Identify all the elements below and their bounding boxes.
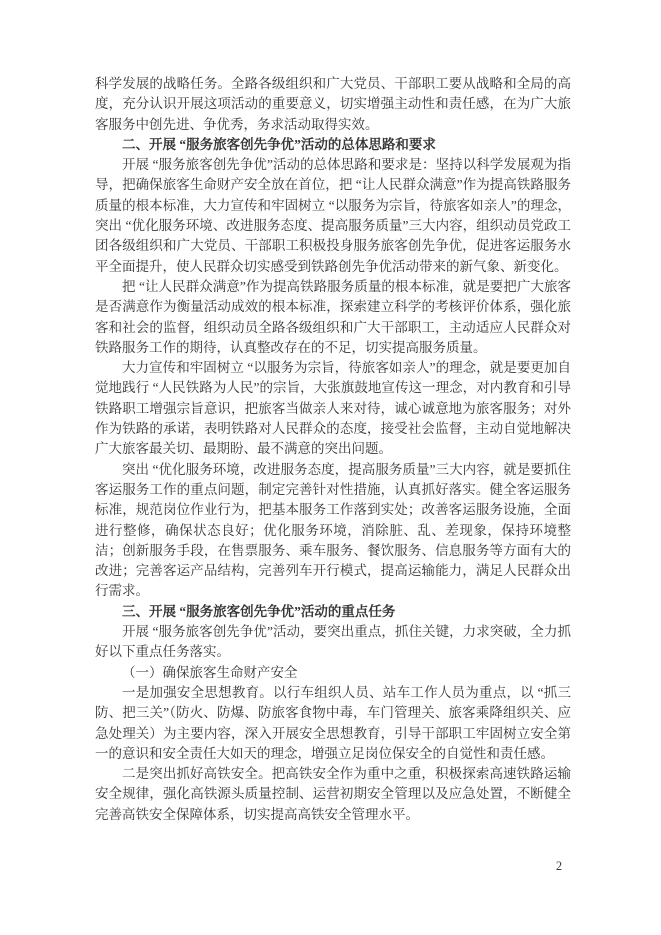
paragraph-continuation: 科学发展的战略任务。全路各级组织和广大党员、干部职工要从战略和全局的高度，充分认…	[95, 74, 571, 135]
paragraph: 把 “让人民群众满意”作为提高铁路服务质量的根本标准，就是要把广大旅客是否满意作…	[95, 277, 571, 358]
paragraph: 一是加强安全思想教育。以行车组织人员、站车工作人员为重点，以 “抓三防、把三关”…	[95, 683, 571, 764]
paragraph: 突出 “优化服务环境，改进服务态度，提高服务质量”三大内容，就是要抓住客运服务工…	[95, 460, 571, 602]
section-heading-3: 三、开展 “服务旅客创先争优”活动的重点任务	[95, 602, 571, 622]
paragraph: 大力宣传和牢固树立 “以服务为宗旨，待旅客如亲人”的理念，就是要更加自觉地践行 …	[95, 358, 571, 459]
paragraph: 开展 “服务旅客创先争优”活动的总体思路和要求是：坚持以科学发展观为指导，把确保…	[95, 155, 571, 277]
paragraph: 开展 “服务旅客创先争优”活动，要突出重点，抓住关键，力求突破，全力抓好以下重点…	[95, 622, 571, 663]
section-heading-2: 二、开展 “服务旅客创先争优”活动的总体思路和要求	[95, 135, 571, 155]
page-content: 科学发展的战略任务。全路各级组织和广大党员、干部职工要从战略和全局的高度，充分认…	[95, 74, 571, 825]
page-number: 2	[548, 859, 570, 874]
paragraph: 二是突出抓好高铁安全。把高铁安全作为重中之重，积极探索高速铁路运输安全规律，强化…	[95, 764, 571, 825]
document-page: 科学发展的战略任务。全路各级组织和广大党员、干部职工要从战略和全局的高度，充分认…	[0, 0, 661, 935]
subsection-title: （一）确保旅客生命财产安全	[95, 663, 571, 683]
